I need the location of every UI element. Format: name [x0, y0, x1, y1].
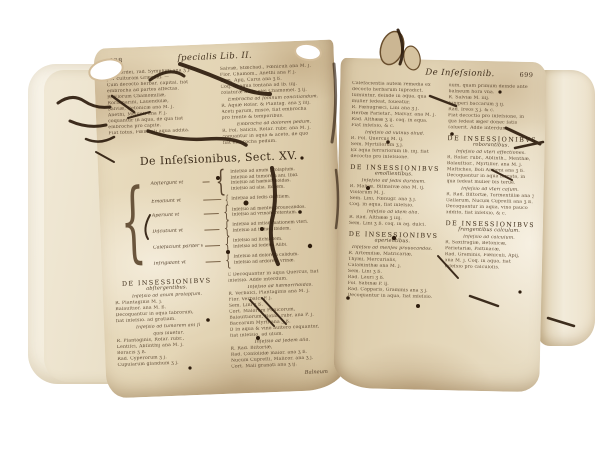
text-column: Salviæ, Stœchad., Fœniculi ana M. j.Flor…	[220, 63, 327, 147]
text-column: Calefacientia autem remedia exdecocto he…	[347, 81, 439, 301]
table-row-items: Inſeſsio ad ſedis duritiem.	[231, 193, 329, 203]
connector-rule	[203, 181, 210, 182]
connector-rule	[205, 245, 220, 247]
text-column: Far. hordei, rad. Symphyti ana ʒ j.per c…	[106, 67, 213, 151]
table-row-label: Calefaciunt pariter vt	[153, 243, 203, 250]
connector-rule	[206, 261, 221, 263]
text-line: Decoquantur in aqua, fiat inſeſsio.	[347, 293, 435, 301]
connector-rule	[204, 213, 219, 215]
left-page: 698 ſpecialis Lib. II. Far. hordei, rad.…	[93, 40, 346, 399]
table-row-items: Inſeſsio ad inflammationem vteri.Inſeſsi…	[232, 219, 330, 234]
text-line: inſeſsio pro calculoſis.	[444, 264, 532, 272]
left-bottom-columns: DE INSESSIONIBVSabſtergentibus.Inſeſsio …	[114, 268, 336, 374]
right-page-number: 699	[519, 71, 533, 79]
text-column: DE INSESSIONIBVSabſtergentibus.Inſeſsio …	[114, 273, 222, 375]
text-line: Sem. Lini ʒ ß. coq. in aq. dulci.	[349, 221, 437, 229]
photo-open-antique-book: 698 ſpecialis Lib. II. Far. hordei, rad.…	[0, 0, 600, 450]
text-column: num, quam primum deinde antebalneum hora…	[444, 83, 536, 303]
text-line: caluerit. Adde interdum.	[448, 125, 536, 133]
table-row-items: Inſeſsio ad dolorem calidum.Inſeſsio ad …	[233, 251, 331, 266]
right-page: De Inſeſsionib. 699 Calefacientia autem …	[333, 58, 546, 393]
table-row-label: Abſtergunt vt	[151, 180, 201, 187]
brace-rows: Abſtergunt vt{Inſeſsio ad anum prolapſum…	[150, 164, 332, 272]
right-page-header: De Inſeſsionib. 699	[352, 66, 536, 83]
connector-rule	[204, 229, 219, 231]
table-row-label: Emolliunt vt	[151, 198, 201, 205]
left-page-content: 698 ſpecialis Lib. II. Far. hordei, rad.…	[106, 48, 337, 390]
right-running-title: De Inſeſsionib.	[398, 67, 521, 80]
outer-brace: {	[119, 181, 147, 263]
brace-table: { Abſtergunt vt{Inſeſsio ad anum prolapſ…	[110, 164, 332, 274]
table-row-items: Inſeſsio ad menſes prouocandos.Inſeſsio …	[232, 203, 330, 218]
left-top-columns: Far. hordei, rad. Symphyti ana ʒ j.per c…	[106, 63, 327, 151]
table-row-label: Infrigidant vt	[154, 259, 204, 266]
text-line: frangentibus calculum.	[445, 226, 533, 234]
page-stack-right	[538, 70, 595, 346]
connector-rule	[203, 199, 222, 201]
right-page-content: De Inſeſsionib. 699 Calefacientia autem …	[345, 66, 536, 384]
table-row-label: Aperiunt vt	[152, 211, 202, 218]
brace-glyph: {	[216, 169, 227, 194]
right-columns: Calefacientia autem remedia exdecocto he…	[347, 81, 536, 303]
text-column: C Decoquantur in aqua Quercus, fiatinſeſ…	[228, 268, 336, 370]
table-row-items: Inſeſsio ad Iſchiadem.Inſeſsio ad ſedem.…	[233, 235, 331, 250]
brace-glyph: {	[225, 253, 232, 268]
table-row-label: Diſcutiunt vt	[152, 227, 202, 234]
table-row-items: Inſeſsio ad anum prolapſum.Inſeſsio ad t…	[230, 166, 329, 193]
table-item: Inſeſsio ad ſedis duritiem.	[231, 193, 329, 203]
